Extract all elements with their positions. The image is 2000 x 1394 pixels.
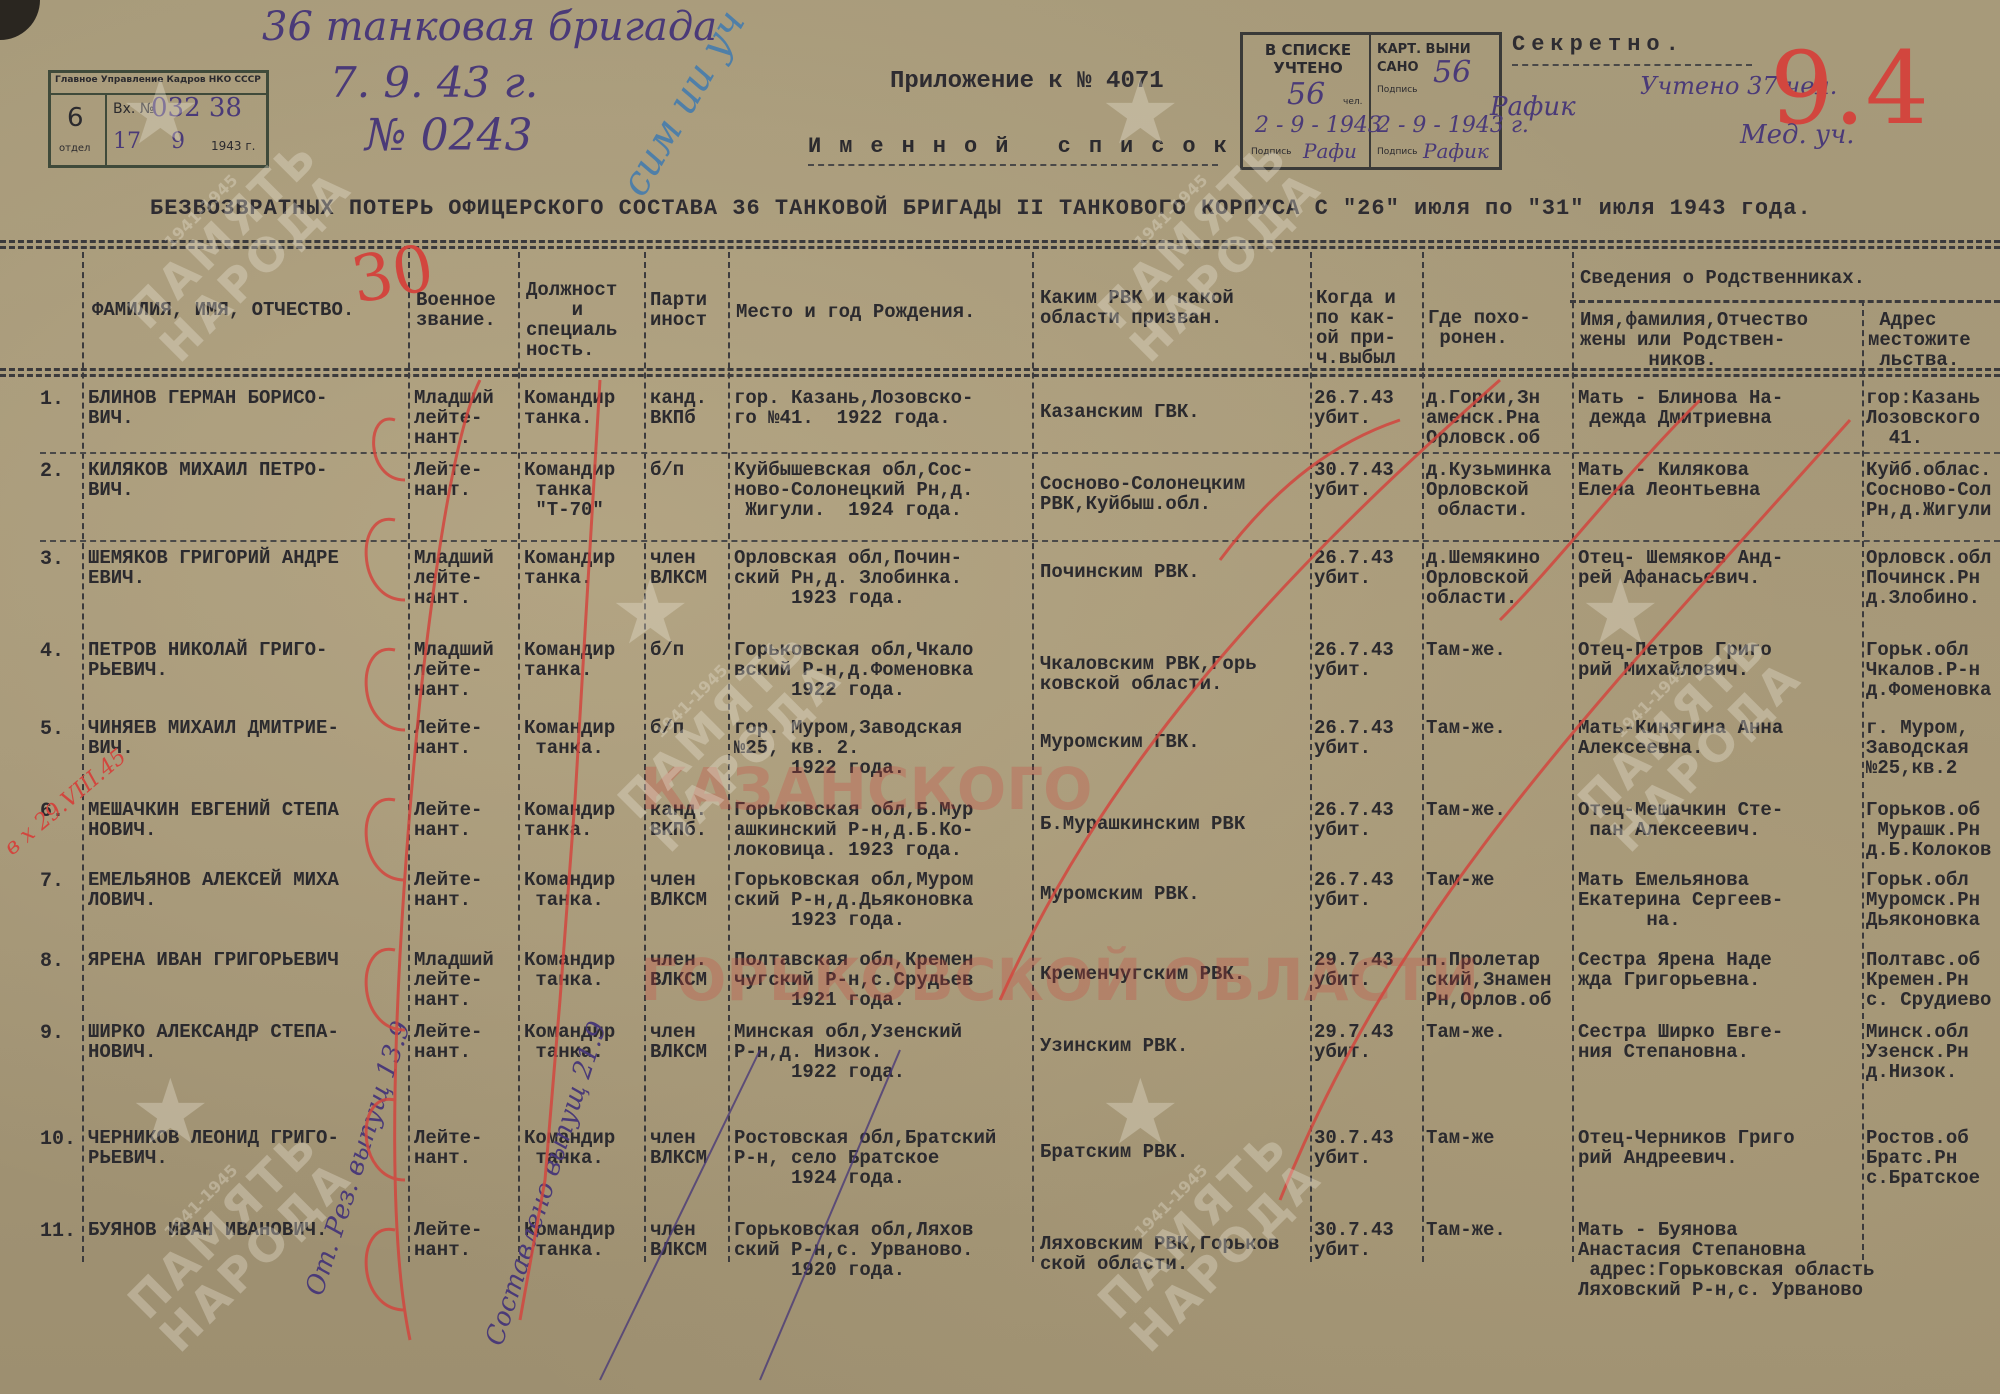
watermark-star-icon: ★ <box>130 1060 211 1165</box>
watermark-star-icon: ★ <box>610 560 691 665</box>
watermark-star-icon: ★ <box>1580 560 1661 665</box>
watermark-star-icon: ★ <box>1100 1060 1181 1165</box>
watermark-star-icon: ★ <box>120 60 201 165</box>
watermark-star-icon: ★ <box>1100 60 1181 165</box>
